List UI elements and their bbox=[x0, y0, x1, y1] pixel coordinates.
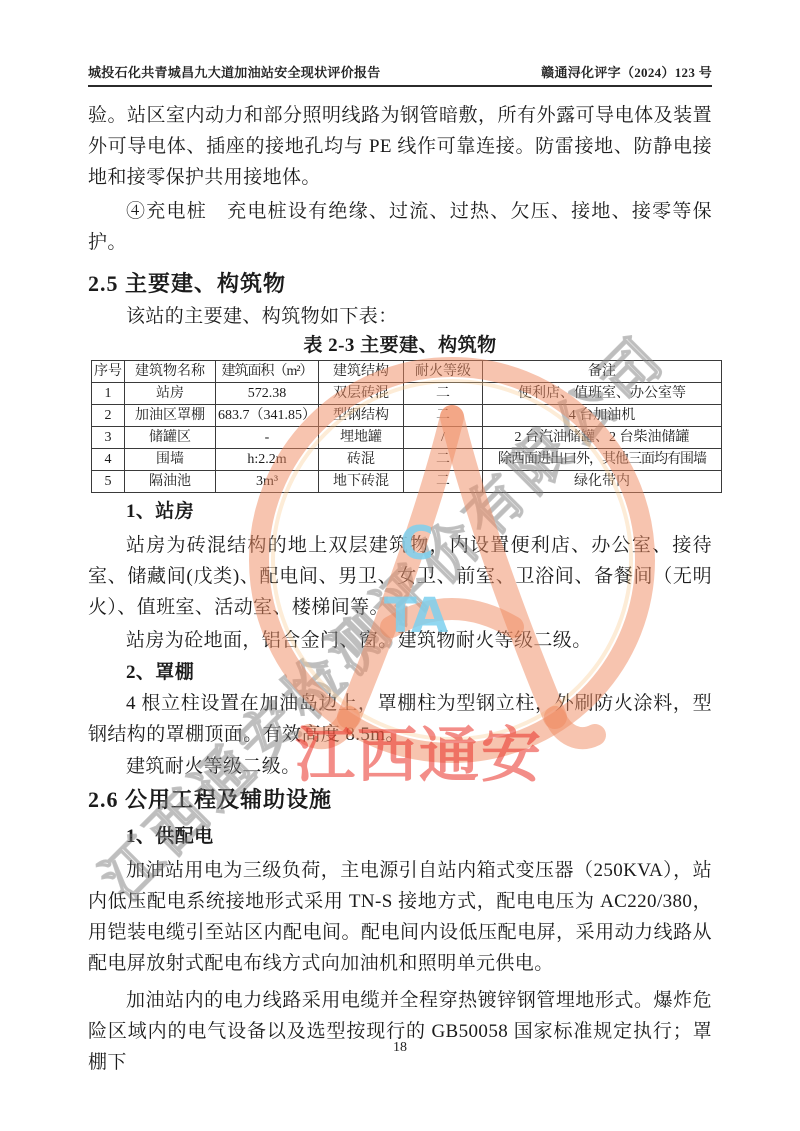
cell-area: - bbox=[216, 427, 319, 449]
page-number: 18 bbox=[0, 1040, 800, 1056]
col-header-fire-rating: 耐火等级 bbox=[404, 361, 483, 383]
cell-remark: 2 台汽油储罐、2 台柴油储罐 bbox=[483, 427, 722, 449]
cell-name: 隔油池 bbox=[125, 471, 216, 493]
cell-area: 3m³ bbox=[216, 471, 319, 493]
cell-fire-rating: / bbox=[404, 427, 483, 449]
cell-remark: 除西面进出口外，其他三面均有围墙 bbox=[483, 449, 722, 471]
cell-name: 围墙 bbox=[125, 449, 216, 471]
paragraph-canopy-1: 4 根立柱设置在加油岛边上，罩棚柱为型钢立柱，外刷防火涂料，型钢结构的罩棚顶面。… bbox=[88, 688, 712, 750]
header-report-title: 城投石化共青城昌九大道加油站安全现状评价报告 bbox=[88, 62, 381, 81]
cell-name: 加油区罩棚 bbox=[125, 405, 216, 427]
cell-index: 1 bbox=[92, 383, 125, 405]
table-row: 2 加油区罩棚 683.7（341.85） 型钢结构 二 4 台加油机 bbox=[92, 405, 722, 427]
subsection-title-station-house: 1、站房 bbox=[88, 496, 712, 527]
cell-area: h:2.2m bbox=[216, 449, 319, 471]
document-page: 城投石化共青城昌九大道加油站安全现状评价报告 赣通浔化评字（2024）123 号… bbox=[0, 0, 800, 1131]
page-content: 验。站区室内动力和部分照明线路为钢管暗敷，所有外露可导电体及装置外可导电体、插座… bbox=[88, 96, 712, 1078]
paragraph-station-house-2: 站房为砼地面，铝合金门、窗。建筑物耐火等级二级。 bbox=[88, 625, 712, 656]
paragraph-table-intro: 该站的主要建、构筑物如下表： bbox=[88, 301, 712, 332]
cell-index: 5 bbox=[92, 471, 125, 493]
section-heading-2-6: 2.6 公用工程及辅助设施 bbox=[88, 785, 712, 815]
cell-name: 储罐区 bbox=[125, 427, 216, 449]
cell-name: 站房 bbox=[125, 383, 216, 405]
page-header: 城投石化共青城昌九大道加油站安全现状评价报告 赣通浔化评字（2024）123 号 bbox=[88, 62, 712, 87]
cell-area: 683.7（341.85） bbox=[216, 405, 319, 427]
cell-remark: 4 台加油机 bbox=[483, 405, 722, 427]
cell-fire-rating: 二 bbox=[404, 449, 483, 471]
col-header-remark: 备注 bbox=[483, 361, 722, 383]
paragraph-station-house-1: 站房为砖混结构的地上双层建筑物，内设置便利店、办公室、接待室、储藏间(戊类)、配… bbox=[88, 530, 712, 623]
table-caption: 表 2-3 主要建、构筑物 bbox=[88, 334, 712, 358]
table-row: 3 储罐区 - 埋地罐 / 2 台汽油储罐、2 台柴油储罐 bbox=[92, 427, 722, 449]
table-row: 5 隔油池 3m³ 地下砖混 二 绿化带内 bbox=[92, 471, 722, 493]
paragraph-power-supply-2: 加油站内的电力线路采用电缆并全程穿热镀锌钢管埋地形式。爆炸危险区域内的电气设备以… bbox=[88, 985, 712, 1078]
cell-fire-rating: 二 bbox=[404, 471, 483, 493]
subsection-title-power-supply: 1、供配电 bbox=[88, 821, 712, 852]
subsection-title-canopy: 2、罩棚 bbox=[88, 657, 712, 688]
paragraph-power-supply-1: 加油站用电为三级负荷，主电源引自站内箱式变压器（250KVA），站内低压配电系统… bbox=[88, 855, 712, 979]
col-header-structure: 建筑结构 bbox=[319, 361, 404, 383]
cell-index: 4 bbox=[92, 449, 125, 471]
paragraph-grounding-continuation: 验。站区室内动力和部分照明线路为钢管暗敷，所有外露可导电体及装置外可导电体、插座… bbox=[88, 100, 712, 193]
header-doc-number: 赣通浔化评字（2024）123 号 bbox=[541, 62, 712, 81]
cell-area: 572.38 bbox=[216, 383, 319, 405]
cell-structure: 型钢结构 bbox=[319, 405, 404, 427]
col-header-index: 序号 bbox=[92, 361, 125, 383]
paragraph-charging-pile: ④充电桩 充电桩设有绝缘、过流、过热、欠压、接地、接零等保护。 bbox=[88, 196, 712, 258]
cell-index: 2 bbox=[92, 405, 125, 427]
cell-fire-rating: 二 bbox=[404, 405, 483, 427]
col-header-area: 建筑面积（m²） bbox=[216, 361, 319, 383]
cell-index: 3 bbox=[92, 427, 125, 449]
cell-remark: 绿化带内 bbox=[483, 471, 722, 493]
cell-structure: 埋地罐 bbox=[319, 427, 404, 449]
table-row: 4 围墙 h:2.2m 砖混 二 除西面进出口外，其他三面均有围墙 bbox=[92, 449, 722, 471]
table-row: 1 站房 572.38 双层砖混 二 便利店、值班室、办公室等 bbox=[92, 383, 722, 405]
cell-structure: 砖混 bbox=[319, 449, 404, 471]
buildings-table: 序号 建筑物名称 建筑面积（m²） 建筑结构 耐火等级 备注 1 站房 572.… bbox=[91, 360, 722, 493]
cell-structure: 双层砖混 bbox=[319, 383, 404, 405]
paragraph-canopy-2: 建筑耐火等级二级。 bbox=[88, 751, 712, 782]
table-header-row: 序号 建筑物名称 建筑面积（m²） 建筑结构 耐火等级 备注 bbox=[92, 361, 722, 383]
col-header-name: 建筑物名称 bbox=[125, 361, 216, 383]
section-heading-2-5: 2.5 主要建、构筑物 bbox=[88, 269, 712, 299]
cell-remark: 便利店、值班室、办公室等 bbox=[483, 383, 722, 405]
cell-fire-rating: 二 bbox=[404, 383, 483, 405]
cell-structure: 地下砖混 bbox=[319, 471, 404, 493]
